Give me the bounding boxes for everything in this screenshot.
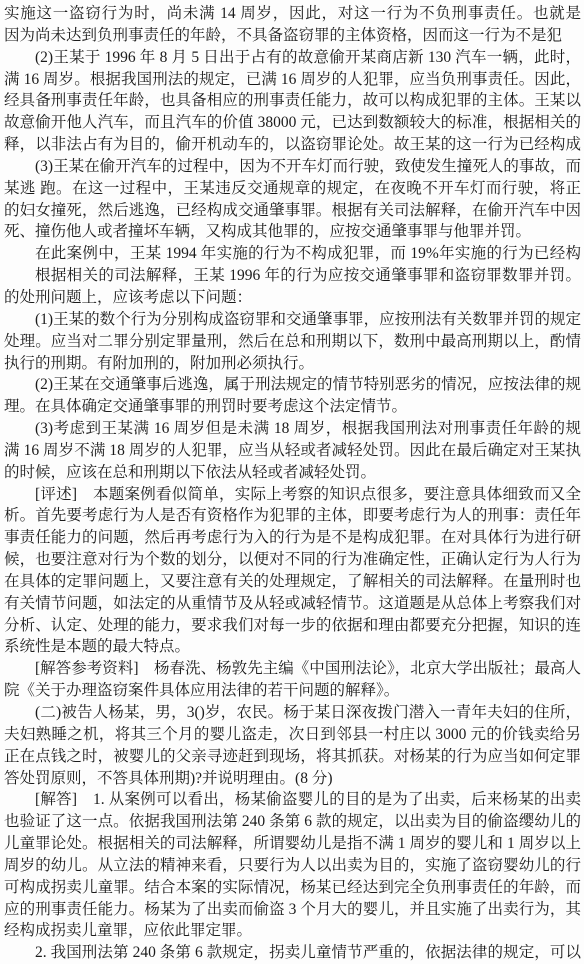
text-block: 实施这一盗窃行为时，尚未满 14 周岁，因此，对这一行为不负刑事责任。也就是说，… (4, 3, 581, 964)
text-line: 死、撞伤他人或者撞坏车辆，又构成其他罪的，应按交通肇事罪与他罪并罚。 (4, 221, 581, 243)
text-line: 释，以非法占有为目的，偷开机动车的，以盗窃罪论处。故王某的这一行为已经构成盗窃罪… (4, 134, 581, 156)
text-line: 在具体的定罪问题上，又要注意有关的处理规定，了解相关的司法解释。在量刑时也要注意 (4, 571, 581, 593)
text-line: 经构成拐卖儿童罪，应依此罪定罪。 (4, 920, 581, 942)
text-line: 的妇女撞死，然后逃逸，已经构成交通肇事罪。根据有关司法解释，在偷开汽车中因过失撞 (4, 200, 581, 222)
text-line: 儿童罪论处。根据相关的司法解释，所谓婴幼儿是指不满 1 周岁的婴儿和 1 周岁以… (4, 833, 581, 855)
text-line: 系统性是本题的最大特点。 (4, 636, 581, 658)
text-line: 某逃 跑。在这一过程中，王某违反交通规章的规定，在夜晚不开车灯而行驶，将正常行驶 (4, 178, 581, 200)
text-line: (1)王某的数个行为分别构成盗窃罪和交通肇事罪，应按刑法有关数罪并罚的规定进行 (4, 309, 581, 331)
text-line: 的时候，应该在总和刑期以下依法从轻或者减轻处罚。 (4, 462, 581, 484)
text-line: (2)王某在交通肇事后逃逸，属于刑法规定的情节特别恶劣的情况，应按法律的规定处 (4, 374, 581, 396)
text-line: 夫妇熟睡之机，将其三个月的婴儿盗走，次日到邻县一村庄以 3000 元的价钱卖给另… (4, 724, 581, 746)
text-line: [评述] 本题案例看似简单，实际上考察的知识点很多，要注意具体细致而又全面地分 (4, 484, 581, 506)
text-line: 可构成拐卖儿童罪。结合本案的实际情况，杨某已经达到完全负刑事责任的年龄，而且有相 (4, 877, 581, 899)
text-line: (二)被告人杨某，男，3()岁，农民。杨于某日深夜拨门潜入一青年夫妇的住所，趁该 (4, 702, 581, 724)
text-line: 院《关于办理盗窃案件具体应用法律的若干问题的解释》。 (4, 680, 581, 702)
text-line: 也验证了这一点。依据我国刑法第 240 条第 6 款的规定，以出卖为目的偷盗缨幼… (4, 811, 581, 833)
text-line: 正在点钱之时，被婴儿的父亲寻迹赶到现场，将其抓获。对杨某的行为应当如何定罪量刑(… (4, 746, 581, 768)
text-line: 因为尚未达到负刑事责任的年龄，不具备盗窃罪的主体资格，因而这一行为不是犯罪。 (4, 25, 581, 47)
text-line: 故意偷开他人汽车，而且汽车的价值 38000 元，已达到数额较大的标准，根据相关… (4, 112, 581, 134)
text-line: 候，也要注意对行为个数的划分，以便对不同的行为准确定性，正确认定行为人行为的性质… (4, 549, 581, 571)
text-line: (2)王某于 1996 年 8 月 5 日出于占有的故意偷开某商店新 130 汽… (4, 47, 581, 69)
text-line: 理。在具体确定交通肇事罪的刑罚时要考虑这个法定情节。 (4, 396, 581, 418)
text-line: 答处罚原则，不答具体刑期)?并说明理由。(8 分) (4, 768, 581, 790)
text-line: 根据相关的司法解释，王某 1996 年的行为应按交通肇事罪和盗窃罪数罪并罚。在具… (4, 265, 581, 287)
text-line: 处理。应当对二罪分别定罪量刑，然后在总和刑期以下，数刑中最高刑期以上，酌情决定应 (4, 331, 581, 353)
text-line: 2. 我国刑法第 240 条第 6 款规定，拐卖儿童情节严重的，依据法律的规定，… (4, 942, 581, 964)
document-page: 实施这一盗窃行为时，尚未满 14 周岁，因此，对这一行为不负刑事责任。也就是说，… (0, 0, 584, 964)
text-line: 有关情节问题，如法定的从重情节及从轻或减轻情节。这道题是从总体上考察我们对案例的 (4, 593, 581, 615)
text-line: 事责任能力的问题，然后再考虑行为入的行为是不是构成犯罪。在对具体行为进行研究的时 (4, 527, 581, 549)
text-line: 应的刑事责任能力。杨某为了出卖而偷盗 3 个月大的婴儿，并且实施了出卖行为，其行… (4, 899, 581, 921)
text-line: 的处刑问题上，应该考虑以下问题： (4, 287, 581, 309)
text-line: (3)王某在偷开汽车的过程中，因为不开车灯而行驶，致使发生撞死人的事故，而后王 (4, 156, 581, 178)
text-line: 析。首先要考虑行为人是否有资格作为犯罪的主体，即要考虑行为人的刑事：责任年龄和刑 (4, 505, 581, 527)
text-line: [解答参考资料] 杨春洗、杨敦先主编《中国刑法论》，北京大学出版社；最高人民法 (4, 658, 581, 680)
text-line: [解答] 1. 从案例可以看出，杨某偷盗婴儿的目的是为了出卖，后来杨某的出卖行为 (4, 789, 581, 811)
text-line: 分析、认定、处理的能力，要求我们对每一步的依据和理由都要充分把握，知识的连贯性和 (4, 615, 581, 637)
text-line: 经具备刑事责任年龄，也具备相应的刑事责任能力，故可以构成犯罪的主体。王某以占有的 (4, 90, 581, 112)
text-line: 满 16 周岁。根据我国刑法的规定，已满 16 周岁的人犯罪，应当负刑事责任。因… (4, 69, 581, 91)
text-line: 满 16 周岁不满 18 周岁的人犯罪，应当从轻或者减轻处罚。因此在最后确定对王… (4, 440, 581, 462)
text-line: 执行的刑期。有附加刑的，附加刑必须执行。 (4, 353, 581, 375)
text-line: 在此案例中，王某 1994 年实施的行为不构成犯罪，而 19%年实施的行为已经构… (4, 243, 581, 265)
text-line: 实施这一盗窃行为时，尚未满 14 周岁，因此，对这一行为不负刑事责任。也就是说，… (4, 3, 581, 25)
text-line: 周岁的幼儿。从立法的精神来看，只要行为人以出卖为目的，实施了盗窃婴幼儿的行为，即 (4, 855, 581, 877)
text-line: (3)考虑到王某满 16 周岁但是未满 18 周岁，根据我国刑法对刑事责任年龄的… (4, 418, 581, 440)
